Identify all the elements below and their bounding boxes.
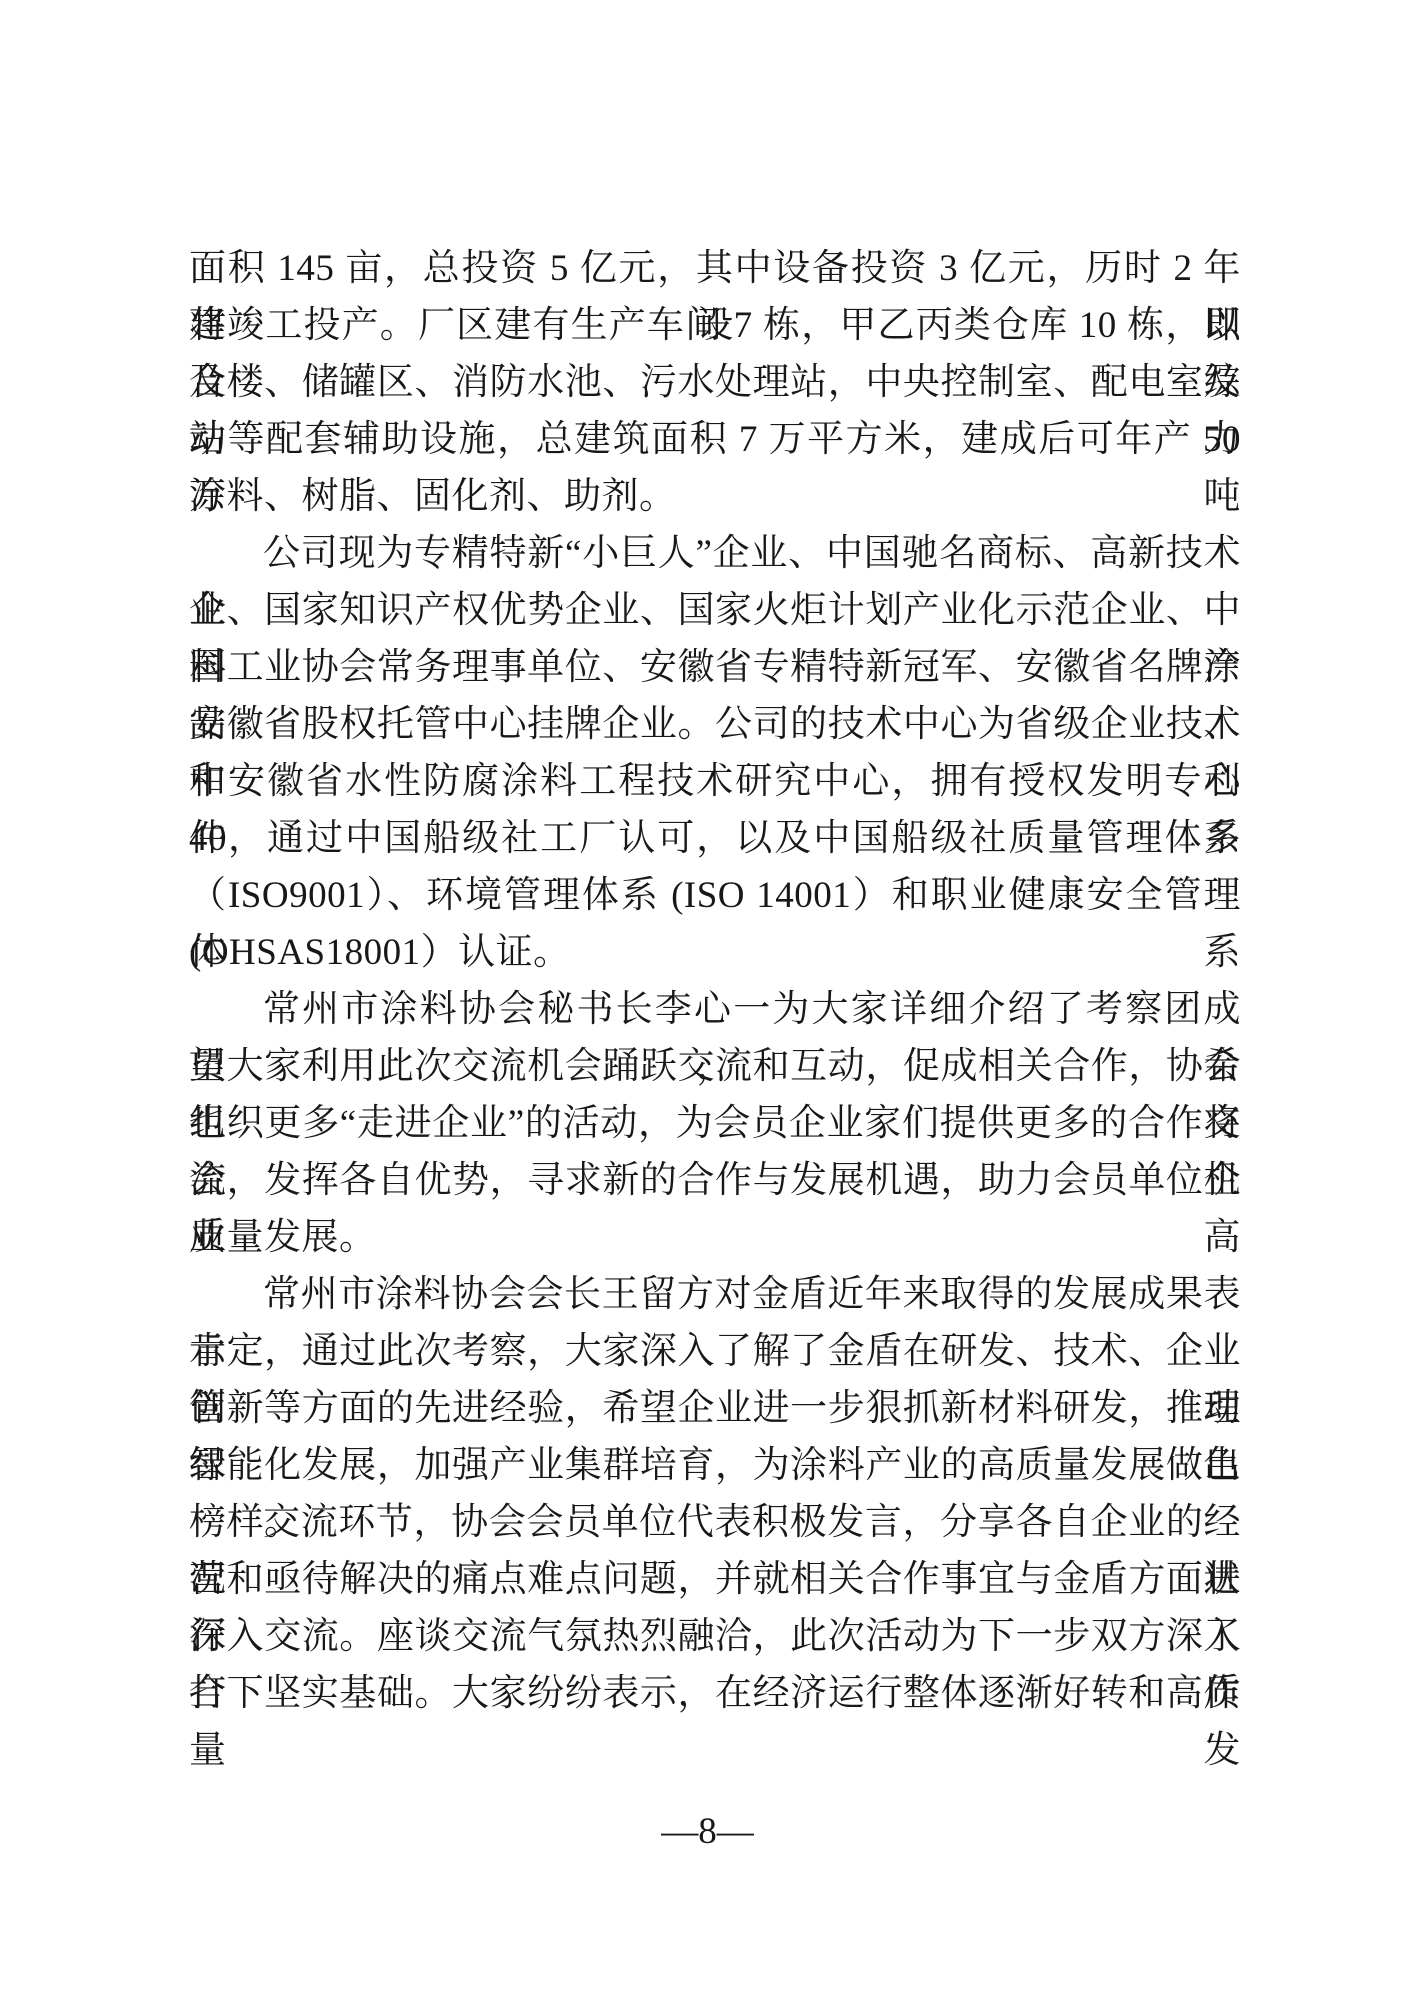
paragraph: 交流环节，协会会员单位代表积极发言，分享各自企业的经营状 况和亟待解决的痛点难点… [189,1494,1241,1722]
text-line: 智能化发展，加强产业集群培育，为涂料产业的高质量发展做出榜样。 [189,1437,1241,1494]
text-line: 面积 145 亩，总投资 5 亿元，其中设备投资 3 亿元，历时 2 年建设即 [189,240,1241,297]
text-line: 创新等方面的先进经验，希望企业进一步狠抓新材料研发，推动绿色 [189,1380,1241,1437]
text-line: 交流环节，协会会员单位代表积极发言，分享各自企业的经营状 [189,1494,1241,1551]
text-line: 将竣工投产。厂区建有生产车间 7 栋，甲乙丙类仓库 10 栋，以及综 [189,297,1241,354]
text-line: 常州市涂料协会秘书长李心一为大家详细介绍了考察团成员，希 [189,981,1241,1038]
text-line: 公司现为专精特新“小巨人”企业、中国驰名商标、高新技术企 [189,525,1241,582]
text-line: 组织更多“走进企业”的活动，为会员企业家们提供更多的合作交流机 [189,1095,1241,1152]
page-number: —8— [0,1812,1415,1852]
text-line: 和安徽省水性防腐涂料工程技术研究中心，拥有授权发明专利 40 多 [189,753,1241,810]
paragraph: 公司现为专精特新“小巨人”企业、中国驰名商标、高新技术企 业、国家知识产权优势企… [189,525,1241,981]
text-line: 肯定，通过此次考察，大家深入了解了金盾在研发、技术、企业管理 [189,1323,1241,1380]
text-line: 常州市涂料协会会长王留方对金盾近年来取得的发展成果表示 [189,1266,1241,1323]
document-page: 面积 145 亩，总投资 5 亿元，其中设备投资 3 亿元，历时 2 年建设即 … [0,0,1415,2000]
text-line: 打下坚实基础。大家纷纷表示，在经济运行整体逐渐好转和高质量发 [189,1665,1241,1722]
text-line: 望大家利用此次交流机会踊跃交流和互动，促成相关合作，协会也将 [189,1038,1241,1095]
paragraph: 常州市涂料协会会长王留方对金盾近年来取得的发展成果表示 肯定，通过此次考察，大家… [189,1266,1241,1494]
text-line: 况和亟待解决的痛点难点问题，并就相关合作事宜与金盾方面进行了 [189,1551,1241,1608]
paragraph: 面积 145 亩，总投资 5 亿元，其中设备投资 3 亿元，历时 2 年建设即 … [189,240,1241,525]
text-line: 合楼、储罐区、消防水池、污水处理站，中央控制室、配电室及动力 [189,354,1241,411]
text-line: 安徽省股权托管中心挂牌企业。公司的技术中心为省级企业技术中心 [189,696,1241,753]
text-line: 料工业协会常务理事单位、安徽省专精特新冠军、安徽省名牌产品、 [189,639,1241,696]
text-line: 业、国家知识产权优势企业、国家火炬计划产业化示范企业、中国涂 [189,582,1241,639]
text-line: 会，发挥各自优势，寻求新的合作与发展机遇，助力会员单位企业高 [189,1152,1241,1209]
text-line: 深入交流。座谈交流气氛热烈融洽，此次活动为下一步双方深入合作 [189,1608,1241,1665]
paragraph: 常州市涂料协会秘书长李心一为大家详细介绍了考察团成员，希 望大家利用此次交流机会… [189,981,1241,1266]
text-line: 件，通过中国船级社工厂认可，以及中国船级社质量管理体系 [189,810,1241,867]
text-line: 站等配套辅助设施，总建筑面积 7 万平方米，建成后可年产 50 万吨 [189,411,1241,468]
text-line: （ISO9001）、环境管理体系 (ISO 14001）和职业健康安全管理体系 [189,867,1241,924]
document-body: 面积 145 亩，总投资 5 亿元，其中设备投资 3 亿元，历时 2 年建设即 … [189,240,1241,1722]
